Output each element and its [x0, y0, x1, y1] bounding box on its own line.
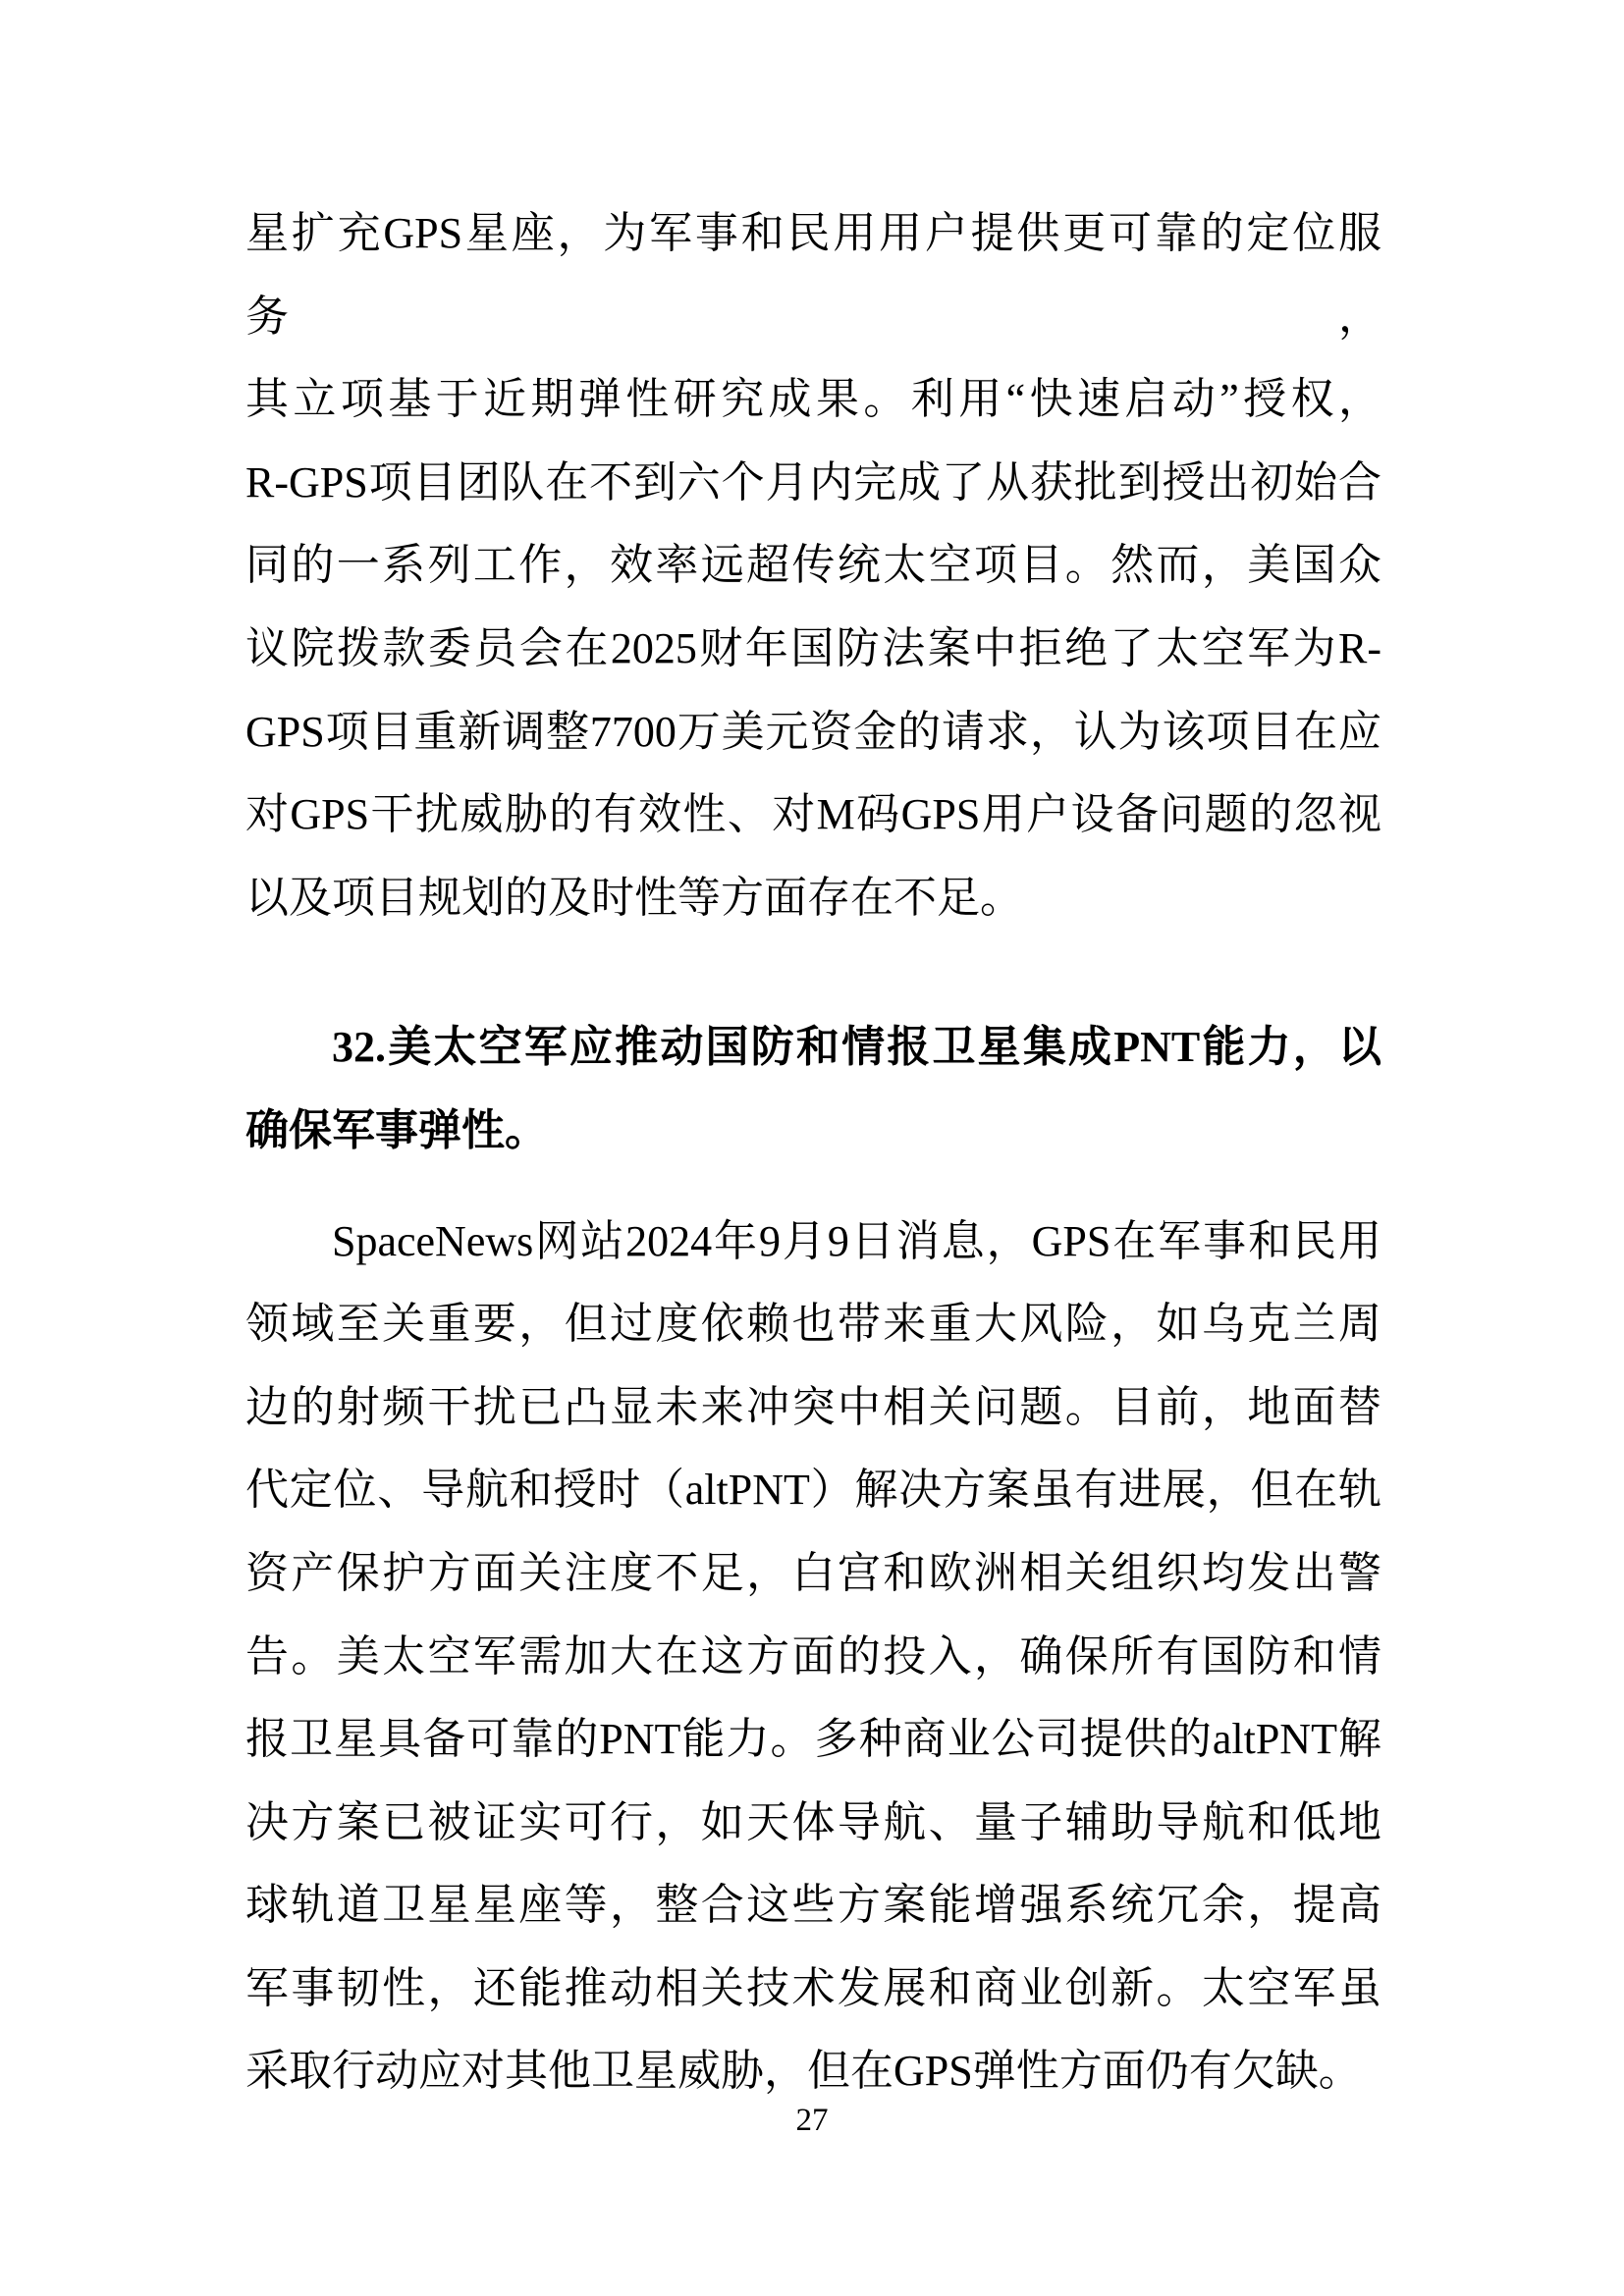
text-line: 军事韧性，还能推动相关技术发展和商业创新。太空军虽: [245, 1948, 1381, 2031]
text-line: 球轨道卫星星座等，整合这些方案能增强系统冗余，提高: [245, 1864, 1381, 1948]
text-line: 决方案已被证实可行，如天体导航、量子辅助导航和低地: [245, 1782, 1381, 1865]
text-line: 边的射频干扰已凸显未来冲突中相关问题。目前，地面替: [245, 1366, 1381, 1450]
paragraph: 星扩充GPS星座，为军事和民用用户提供更可靠的定位服务，其立项基于近期弹性研究成…: [245, 192, 1381, 939]
section-heading: 32.美太空军应推动国防和情报卫星集成PNT能力，以确保军事弹性。: [245, 1006, 1381, 1172]
document-body: 星扩充GPS星座，为军事和民用用户提供更可靠的定位服务，其立项基于近期弹性研究成…: [245, 192, 1381, 2113]
text-line: GPS项目重新调整7700万美元资金的请求，认为该项目在应: [245, 691, 1381, 774]
text-line: 星扩充GPS星座，为军事和民用用户提供更可靠的定位服务，: [245, 192, 1381, 358]
page-number: 27: [0, 2101, 1624, 2140]
text-line: 领域至关重要，但过度依赖也带来重大风险，如乌克兰周: [245, 1283, 1381, 1366]
text-line: 报卫星具备可靠的PNT能力。多种商业公司提供的altPNT解: [245, 1698, 1381, 1782]
text-line: 确保军事弹性。: [245, 1090, 1381, 1173]
paragraph: SpaceNews网站2024年9月9日消息，GPS在军事和民用领域至关重要，但…: [245, 1201, 1381, 2114]
text-line: 其立项基于近期弹性研究成果。利用“快速启动”授权，: [245, 358, 1381, 442]
text-line: R-GPS项目团队在不到六个月内完成了从获批到授出初始合: [245, 442, 1381, 525]
text-line: 32.美太空军应推动国防和情报卫星集成PNT能力，以: [245, 1006, 1381, 1090]
text-line: 资产保护方面关注度不足，白宫和欧洲相关组织均发出警: [245, 1532, 1381, 1616]
document-page: 星扩充GPS星座，为军事和民用用户提供更可靠的定位服务，其立项基于近期弹性研究成…: [0, 0, 1624, 2296]
text-line: SpaceNews网站2024年9月9日消息，GPS在军事和民用: [245, 1201, 1381, 1284]
text-line: 告。美太空军需加大在这方面的投入，确保所有国防和情: [245, 1616, 1381, 1699]
text-line: 对GPS干扰威胁的有效性、对M码GPS用户设备问题的忽视: [245, 774, 1381, 857]
text-line: 同的一系列工作，效率远超传统太空项目。然而，美国众: [245, 524, 1381, 608]
text-line: 以及项目规划的及时性等方面存在不足。: [245, 857, 1381, 940]
text-line: 代定位、导航和授时（altPNT）解决方案虽有进展，但在轨: [245, 1449, 1381, 1532]
text-line: 议院拨款委员会在2025财年国防法案中拒绝了太空军为R-: [245, 608, 1381, 691]
